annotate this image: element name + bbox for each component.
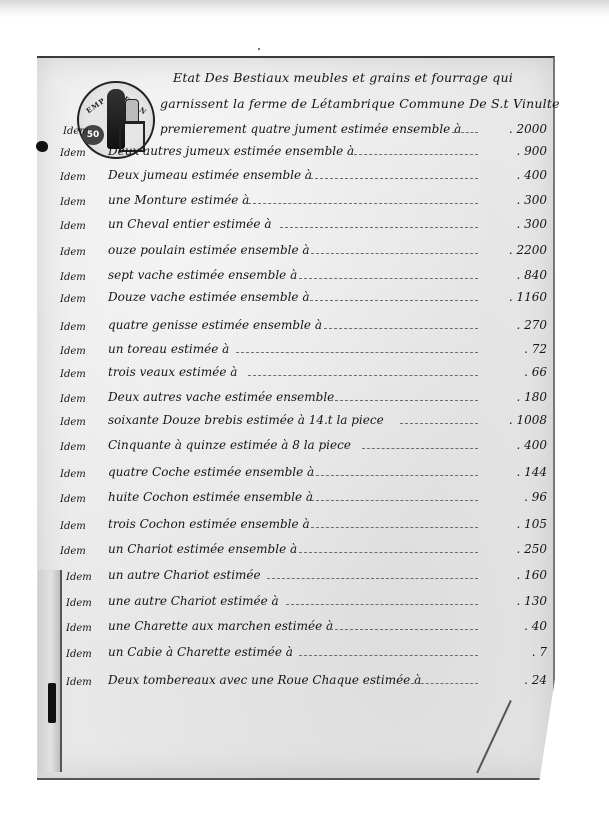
entry-prefix: Idem [60, 417, 86, 428]
entry-amount: . 24 [487, 673, 547, 687]
entry-amount: . 1160 [487, 290, 547, 304]
leader-dashes [280, 227, 478, 228]
entry-prefix: Idem [60, 521, 86, 532]
dust-speck [258, 48, 260, 50]
entry-amount: . 840 [487, 268, 547, 282]
entry-prefix: Idem [60, 322, 86, 333]
entry-description: un Cabie à Charette estimée à [108, 645, 293, 659]
entry-description: Deux tombereaux avec une Roue Chaque est… [108, 673, 421, 687]
leader-dashes [236, 352, 478, 353]
entry-amount: . 300 [487, 193, 547, 207]
entry-prefix: Idem [60, 469, 86, 480]
entry-prefix: Idem [66, 572, 92, 583]
entry-description: ouze poulain estimée ensemble à [108, 243, 310, 257]
entry-amount: . 66 [487, 365, 547, 379]
entry-amount: . 400 [487, 168, 547, 182]
entry-prefix: Idem [60, 172, 86, 183]
entry-description: quatre Coche estimée ensemble à [108, 465, 314, 479]
entry-description: quatre genisse estimée ensemble à [108, 318, 322, 332]
entry-amount: . 72 [487, 342, 547, 356]
entry-prefix: Idem [60, 394, 86, 405]
entry-prefix: Idem [60, 369, 86, 380]
entry-amount: . 180 [487, 390, 547, 404]
entry-description: Douze vache estimée ensemble à [108, 290, 310, 304]
entry-description: Deux jumeau estimée ensemble à [108, 168, 312, 182]
entry-prefix: Idem [66, 677, 92, 688]
leader-dashes [324, 328, 478, 329]
entry-amount: . 160 [487, 568, 547, 582]
leader-dashes [330, 629, 478, 630]
entry-amount: . 900 [487, 144, 547, 158]
entry-prefix: Idem [60, 494, 86, 505]
entry-description: huite Cochon estimée ensemble à [108, 490, 313, 504]
entry-amount: . 96 [487, 490, 547, 504]
leader-dashes [299, 655, 478, 656]
entry-amount: . 1008 [487, 413, 547, 427]
leader-dashes [248, 203, 478, 204]
entry-prefix: Idem [66, 598, 92, 609]
entry-prefix: Idem [60, 272, 86, 283]
entry-prefix: Idem [60, 346, 86, 357]
leader-dashes [248, 375, 478, 376]
entry-amount: . 105 [487, 517, 547, 531]
ink-blot [36, 141, 48, 152]
entry-prefix: Idem [60, 197, 86, 208]
entry-amount: . 400 [487, 438, 547, 452]
entry-prefix: Idem [66, 649, 92, 660]
document-title-line-1: Etat Des Bestiaux meubles et grains et f… [173, 70, 513, 85]
entry-amount: . 2000 [487, 122, 547, 136]
entry-description: premierement quatre jument estimée ensem… [160, 122, 461, 136]
leader-dashes [330, 400, 478, 401]
binding-strip [38, 570, 62, 772]
leader-dashes [349, 154, 478, 155]
entry-amount: . 40 [487, 619, 547, 633]
entry-description: une Charette aux marchen estimée à [108, 619, 333, 633]
entry-description: soixante Douze brebis estimée à 14.t la … [108, 413, 384, 427]
entry-description: un Cheval entier estimée à [108, 217, 271, 231]
entry-description: trois veaux estimée à [108, 365, 237, 379]
entry-description: trois Cochon estimée ensemble à [108, 517, 310, 531]
entry-amount: . 130 [487, 594, 547, 608]
leader-dashes [311, 253, 478, 254]
entry-prefix: Idem [60, 247, 86, 258]
entry-description: un toreau estimée à [108, 342, 229, 356]
leader-dashes [452, 132, 479, 133]
entry-description: un autre Chariot estimée [108, 568, 261, 582]
document-title-line-2: garnissent la ferme de Létambrique Commu… [160, 96, 560, 111]
entry-prefix: Idem [60, 221, 86, 232]
entry-description: une autre Chariot estimée à [108, 594, 279, 608]
entry-prefix: Idem [60, 546, 86, 557]
entry-amount: . 7 [487, 645, 547, 659]
leader-dashes [299, 278, 478, 279]
leader-dashes [311, 500, 478, 501]
leader-dashes [406, 683, 478, 684]
scan-top-shadow [0, 0, 609, 18]
leader-dashes [311, 475, 478, 476]
entry-prefix: Idem [60, 148, 86, 159]
leader-dashes [305, 300, 478, 301]
entry-amount: . 2200 [487, 243, 547, 257]
leader-dashes [400, 423, 479, 424]
entry-amount: . 270 [487, 318, 547, 332]
entry-description: une Monture estimée à [108, 193, 249, 207]
entry-description: sept vache estimée ensemble à [108, 268, 297, 282]
leader-dashes [362, 448, 478, 449]
stamp-tablets-icon [125, 99, 139, 123]
leader-dashes [311, 527, 478, 528]
clip-mark [48, 683, 56, 723]
leader-dashes [286, 604, 478, 605]
entry-prefix: Idem [60, 294, 86, 305]
entry-prefix: Idem [66, 623, 92, 634]
entry-amount: . 250 [487, 542, 547, 556]
stamp-left-text: EMP [84, 96, 107, 116]
leader-dashes [267, 578, 478, 579]
entry-prefix: Idem [63, 126, 89, 137]
entry-description: Deux autres jumeux estimée ensemble à [108, 144, 354, 158]
entry-description: un Chariot estimée ensemble à [108, 542, 297, 556]
entry-description: Deux autres vache estimée ensemble [108, 390, 334, 404]
entry-amount: . 144 [487, 465, 547, 479]
leader-dashes [299, 552, 478, 553]
entry-prefix: Idem [60, 442, 86, 453]
entry-description: Cinquante à quinze estimée à 8 la piece [108, 438, 351, 452]
entry-amount: . 300 [487, 217, 547, 231]
leader-dashes [305, 178, 478, 179]
